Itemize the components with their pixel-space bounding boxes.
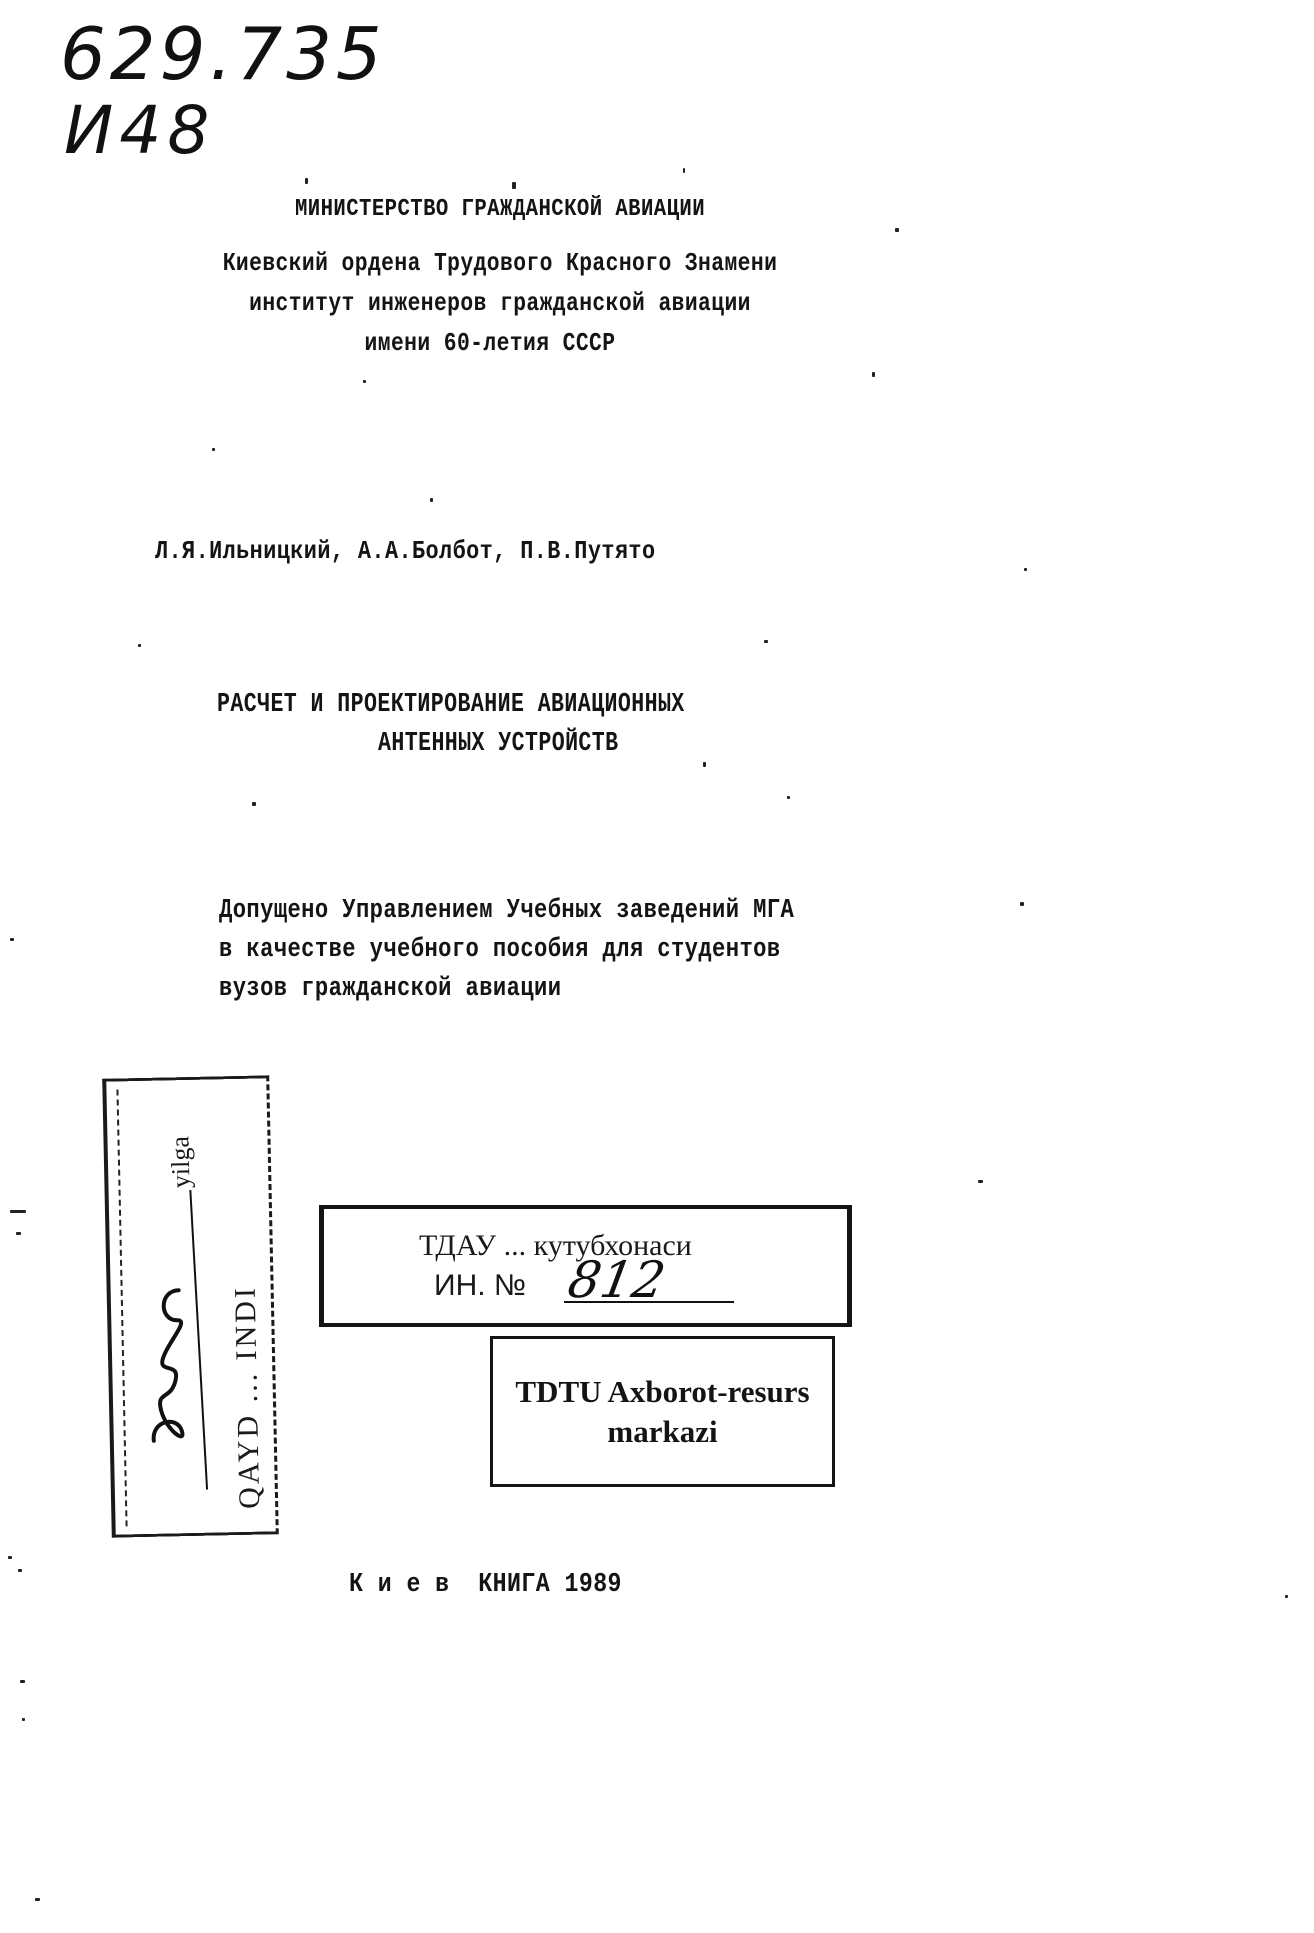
- inventory-stamp: ТДАУ ... кутубхонаси ИН. № 812: [319, 1205, 852, 1327]
- scan-speck: [872, 372, 875, 377]
- approval-line-1: Допущено Управлением Учебных заведений М…: [219, 896, 794, 926]
- scan-speck: [10, 938, 14, 941]
- library-stamp-line-2: markazi: [607, 1412, 717, 1452]
- scan-speck: [1285, 1595, 1288, 1598]
- institute-line-3: имени 60-летия СССР: [211, 328, 769, 358]
- scan-speck: [703, 762, 706, 767]
- stamp-text-yilga: yilga: [165, 1136, 196, 1189]
- scan-speck: [978, 1180, 983, 1183]
- scan-speck: [252, 802, 256, 806]
- scan-speck: [305, 178, 308, 184]
- registration-stamp: yilga QAYD ... INDI: [102, 1075, 279, 1537]
- scan-speck: [764, 640, 768, 643]
- inventory-number: 812: [564, 1251, 670, 1309]
- scan-speck: [138, 644, 141, 647]
- scan-speck: [895, 228, 899, 232]
- author-mark: И48: [64, 92, 215, 169]
- library-stamp: TDTU Axborot-resurs markazi: [490, 1336, 835, 1487]
- scan-speck: [8, 1556, 12, 1559]
- book-title-line-2: АНТЕННЫХ УСТРОЙСТВ: [378, 729, 619, 759]
- inventory-label: ИН. №: [434, 1269, 526, 1303]
- scan-speck: [16, 1232, 21, 1235]
- institute-line-2: институт инженеров гражданской авиации: [213, 288, 787, 318]
- scan-speck: [430, 498, 433, 502]
- scan-speck: [1020, 902, 1024, 906]
- scan-speck: [18, 1569, 22, 1572]
- library-stamp-line-1: TDTU Axborot-resurs: [515, 1372, 809, 1412]
- signature-icon: [138, 1280, 202, 1451]
- scan-speck: [35, 1898, 40, 1901]
- scan-speck: [10, 1210, 26, 1213]
- scan-speck: [512, 182, 516, 189]
- stamp-text-qayd: QAYD ... INDI: [229, 1285, 268, 1509]
- imprint: К и е в КНИГА 1989: [349, 1570, 622, 1600]
- approval-line-3: вузов гражданской авиации: [219, 974, 561, 1004]
- scan-speck: [1024, 568, 1027, 571]
- institute-line-1: Киевский ордена Трудового Красного Знаме…: [213, 248, 787, 278]
- book-title-line-1: РАСЧЕТ И ПРОЕКТИРОВАНИЕ АВИАЦИОННЫХ: [217, 690, 685, 720]
- approval-line-2: в качестве учебного пособия для студенто…: [219, 935, 781, 965]
- scan-speck: [22, 1718, 25, 1721]
- authors: Л.Я.Ильницкий, А.А.Болбот, П.В.Путято: [155, 536, 655, 566]
- scan-speck: [20, 1680, 25, 1683]
- ministry-heading: МИНИСТЕРСТВО ГРАЖДАНСКОЙ АВИАЦИИ: [242, 196, 758, 223]
- stamp-inner-rule: [116, 1089, 127, 1526]
- scan-speck: [363, 380, 366, 383]
- scan-speck: [683, 168, 685, 173]
- scan-speck: [212, 448, 215, 451]
- classification-number: 629.735: [60, 12, 386, 96]
- scan-speck: [787, 796, 790, 799]
